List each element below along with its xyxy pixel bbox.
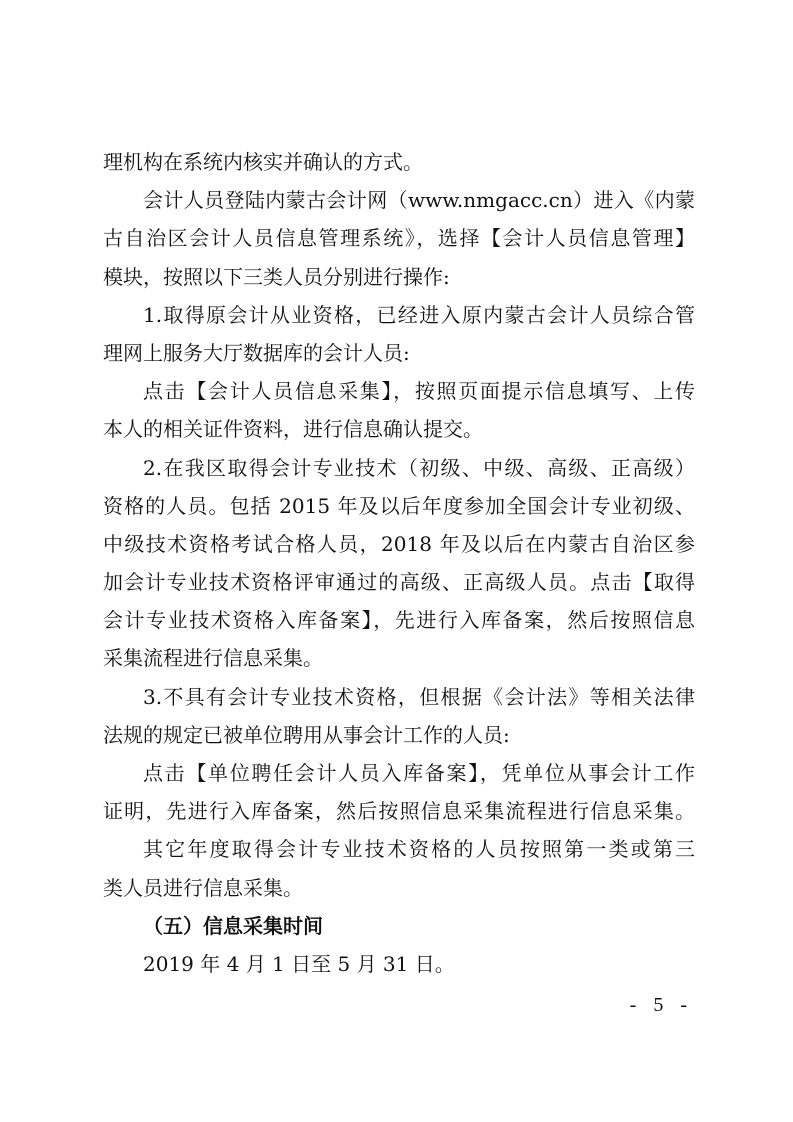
list-item-2-line-3: 中级技术资格考试合格人员，2018 年及以后在内蒙古自治区参 (103, 525, 695, 563)
list-item-2-line-5: 会计专业技术资格入库备案】，先进行入库备案，然后按照信息 (103, 601, 695, 639)
document-body: 理机构在系统内核实并确认的方式。 会计人员登陆内蒙古会计网（www.nmgacc… (103, 143, 695, 983)
list-item-2-line-1: 2.在我区取得会计专业技术（初级、中级、高级、正高级） (103, 449, 695, 487)
note-line-2: 类人员进行信息采集。 (103, 869, 695, 907)
list-item-1-line-1: 1.取得原会计从业资格，已经进入原内蒙古会计人员综合管 (103, 296, 695, 334)
list-item-1-line-2: 理网上服务大厅数据库的会计人员: (103, 334, 695, 372)
section-heading: （五）信息采集时间 (103, 907, 695, 945)
list-item-3-line-1: 3.不具有会计专业技术资格，但根据《会计法》等相关法律 (103, 678, 695, 716)
instruction-1-line-2: 本人的相关证件资料，进行信息确认提交。 (103, 410, 695, 448)
list-item-3-line-2: 法规的规定已被单位聘用从事会计工作的人员: (103, 716, 695, 754)
instruction-3-line-1: 点击【单位聘任会计人员入库备案】，凭单位从事会计工作 (103, 754, 695, 792)
instruction-1-line-1: 点击【会计人员信息采集】，按照页面提示信息填写、上传 (103, 372, 695, 410)
instruction-3-line-2: 证明，先进行入库备案，然后按照信息采集流程进行信息采集。 (103, 792, 695, 830)
paragraph-line-2: 会计人员登陆内蒙古会计网（www.nmgacc.cn）进入《内蒙 (103, 181, 695, 219)
list-item-2-line-2: 资格的人员。包括 2015 年及以后年度参加全国会计专业初级、 (103, 487, 695, 525)
paragraph-line-1: 理机构在系统内核实并确认的方式。 (103, 143, 695, 181)
page-number: - 5 - (630, 994, 693, 1017)
collection-period: 2019 年 4 月 1 日至 5 月 31 日。 (103, 945, 695, 983)
paragraph-line-3: 古自治区会计人员信息管理系统》，选择【会计人员信息管理】 (103, 219, 695, 257)
list-item-2-line-6: 采集流程进行信息采集。 (103, 639, 695, 677)
list-item-2-line-4: 加会计专业技术资格评审通过的高级、正高级人员。点击【取得 (103, 563, 695, 601)
paragraph-line-4: 模块，按照以下三类人员分别进行操作: (103, 258, 695, 296)
note-line-1: 其它年度取得会计专业技术资格的人员按照第一类或第三 (103, 830, 695, 868)
